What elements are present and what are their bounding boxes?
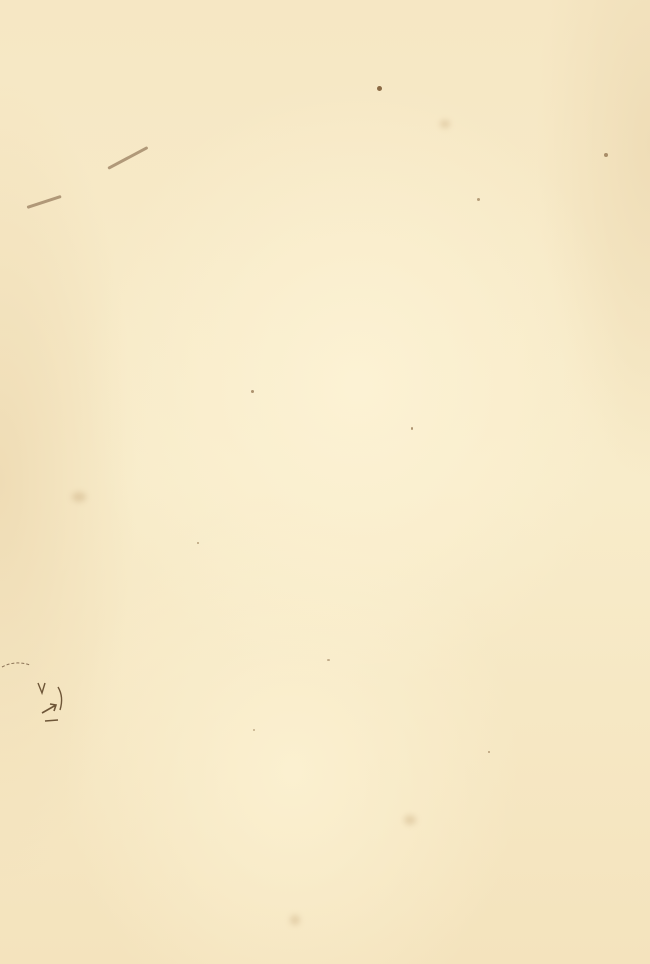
stain — [404, 815, 416, 825]
pencil-mark — [0, 655, 80, 730]
speck — [411, 427, 413, 430]
speck — [488, 751, 490, 753]
speck — [604, 153, 608, 157]
blank-paper-page — [0, 0, 650, 964]
stain-streak — [27, 195, 62, 209]
speck — [197, 542, 199, 544]
stain — [440, 120, 450, 128]
speck — [477, 198, 480, 201]
speck — [253, 729, 255, 731]
speck — [377, 86, 382, 91]
stain — [72, 492, 86, 502]
speck — [327, 659, 330, 661]
stain — [290, 915, 300, 925]
speck — [251, 390, 254, 393]
stain-streak — [107, 146, 148, 170]
